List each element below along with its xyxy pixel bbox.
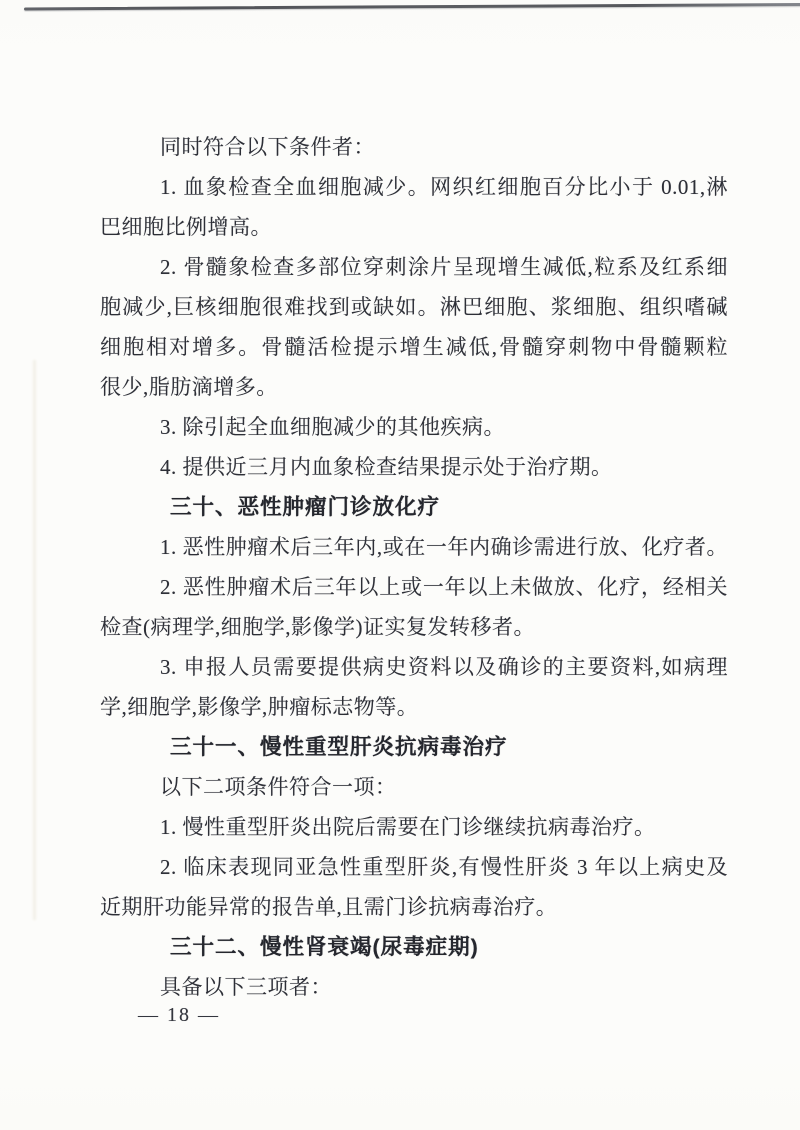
text-line: 检查(病理学,细胞学,影像学)证实复发转移者。 [100, 607, 728, 647]
scanned-page: 同时符合以下条件者：1. 血象检查全血细胞减少。网织红细胞百分比小于 0.01,… [0, 0, 800, 1130]
page-number: — 18 — [138, 1000, 220, 1030]
document-body: 同时符合以下条件者：1. 血象检查全血细胞减少。网织红细胞百分比小于 0.01,… [100, 127, 728, 1007]
text-line: 1. 慢性重型肝炎出院后需要在门诊继续抗病毒治疗。 [100, 807, 728, 847]
text-line: 很少,脂肪滴增多。 [100, 367, 728, 407]
text-line: 以下二项条件符合一项： [100, 767, 728, 807]
text-line: 巴细胞比例增高。 [100, 207, 728, 247]
text-line: 学,细胞学,影像学,肿瘤标志物等。 [100, 687, 728, 727]
text-line: 2. 临床表现同亚急性重型肝炎,有慢性肝炎 3 年以上病史及 [100, 847, 728, 887]
section-heading: 三十一、慢性重型肝炎抗病毒治疗 [100, 727, 728, 767]
text-line: 3. 申报人员需要提供病史资料以及确诊的主要资料,如病理 [100, 647, 728, 687]
scan-left-streak [33, 360, 36, 920]
text-line: 4. 提供近三月内血象检查结果提示处于治疗期。 [100, 447, 728, 487]
text-line: 同时符合以下条件者： [100, 127, 728, 167]
text-line: 近期肝功能异常的报告单,且需门诊抗病毒治疗。 [100, 887, 728, 927]
text-line: 2. 骨髓象检查多部位穿刺涂片呈现增生减低,粒系及红系细 [100, 247, 728, 287]
section-heading: 三十、恶性肿瘤门诊放化疗 [100, 487, 728, 527]
text-line: 2. 恶性肿瘤术后三年以上或一年以上未做放、化疗，经相关 [100, 567, 728, 607]
scan-edge-line [24, 3, 800, 10]
text-line: 1. 恶性肿瘤术后三年内,或在一年内确诊需进行放、化疗者。 [100, 527, 728, 567]
text-line: 胞减少,巨核细胞很难找到或缺如。淋巴细胞、浆细胞、组织嗜碱 [100, 287, 728, 327]
section-heading: 三十二、慢性肾衰竭(尿毒症期) [100, 927, 728, 967]
text-line: 3. 除引起全血细胞减少的其他疾病。 [100, 407, 728, 447]
text-line: 细胞相对增多。骨髓活检提示增生减低,骨髓穿刺物中骨髓颗粒 [100, 327, 728, 367]
text-line: 1. 血象检查全血细胞减少。网织红细胞百分比小于 0.01,淋 [100, 167, 728, 207]
